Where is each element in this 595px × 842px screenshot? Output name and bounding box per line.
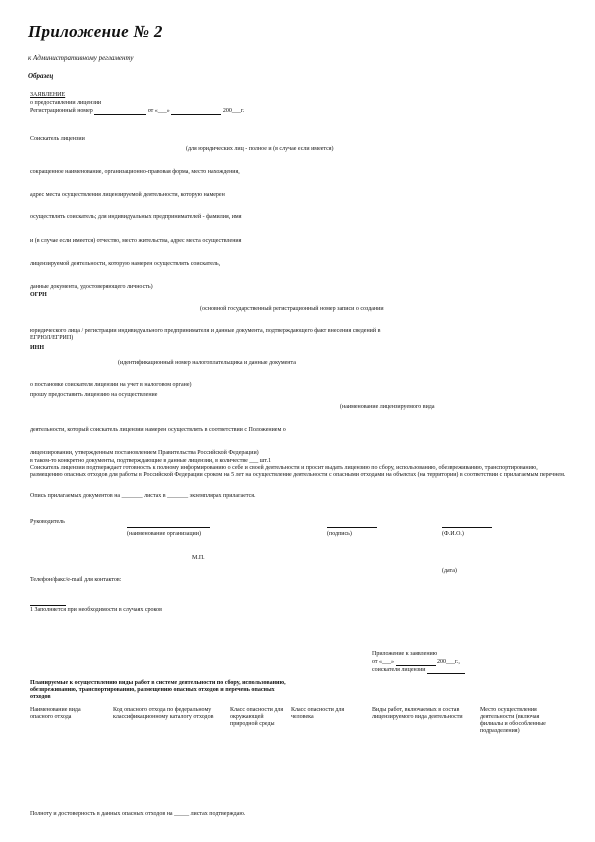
copies-line: Опись прилагаемых документов на _______ … <box>30 493 256 500</box>
sample-label: Образец <box>28 72 53 80</box>
attachment-month-field[interactable] <box>396 659 436 666</box>
full-name-field[interactable] <box>442 527 492 528</box>
declaration-paragraph: Соискатель лицензии подтверждает готовно… <box>30 465 570 479</box>
reg-year: 200___г. <box>223 108 244 114</box>
ogrn-continuation-2: ЕГРЮЛ/ЕГРИП) <box>30 335 73 342</box>
signature-caption: (подпись) <box>327 531 352 538</box>
request-line: лицензировании, утвержденным постановлен… <box>30 450 259 457</box>
signature-field[interactable] <box>327 527 377 528</box>
registration-line: Регистрационный номер от «___» 200___г. <box>30 108 244 115</box>
signature-role: Руководитель <box>30 519 65 526</box>
closing-statement: Полноту и достоверность в данных опасных… <box>30 811 245 818</box>
request-line: прошу предоставить лицензию на осуществл… <box>30 392 157 399</box>
table-header-work-types: Виды работ, включаемых в состав лицензир… <box>372 707 476 721</box>
table-header-env-class: Класс опасности для окружающей природной… <box>230 707 288 728</box>
reg-date-prefix: от «___» <box>148 108 170 114</box>
attachment-note-date: от «___» 200___г., <box>372 659 460 666</box>
table-header-waste-name: Наименование вида опасного отхода <box>30 707 105 721</box>
attachments-line: в таком-то конкретно документы, подтверж… <box>30 458 271 465</box>
body-line: адрес места осуществления лицензируемой … <box>30 192 225 199</box>
attachment-date-prefix: от «___» <box>372 659 394 665</box>
body-line: данные документа, удостоверяющего личнос… <box>30 284 153 291</box>
applicant-name-field[interactable] <box>427 667 465 674</box>
inn-continuation: о постановке соискателя лицензии на учет… <box>30 382 192 389</box>
reg-number-label: Регистрационный номер <box>30 108 93 114</box>
table-header-waste-code: Код опасного отхода по федеральному клас… <box>113 707 223 721</box>
body-line: и (в случае если имеется) отчество, мест… <box>30 238 241 245</box>
attachment-applicant-label: соискателя лицензии <box>372 667 426 673</box>
ogrn-continuation: юридического лица / регистрации индивиду… <box>30 328 380 335</box>
table-header-human-class: Класс опасности для человека <box>291 707 351 721</box>
table-intro: Планируемые к осуществлению виды работ в… <box>30 680 292 701</box>
inn-label: ИНН <box>30 345 44 352</box>
attachment-note-applicant: соискателя лицензии <box>372 667 465 674</box>
applicant-caption: (для юридических лиц - полное и (в случа… <box>186 146 334 153</box>
inn-caption: (идентификационный номер налогоплательщи… <box>118 360 296 367</box>
reg-month-field[interactable] <box>171 108 221 115</box>
org-name-field[interactable] <box>127 527 210 528</box>
reg-number-field[interactable] <box>94 108 146 115</box>
body-line: осуществлять соискатель; для индивидуаль… <box>30 214 241 221</box>
ogrn-label: ОГРН <box>30 292 47 299</box>
applicant-label: Соискатель лицензии <box>30 136 85 143</box>
application-subheading: о предоставлении лицензии <box>30 100 101 107</box>
regulation-reference: к Административному регламенту <box>28 54 134 62</box>
table-header-location: Место осуществления деятельности (включа… <box>480 707 562 735</box>
footnote: 1 Заполняется при необходимости в случая… <box>30 607 162 614</box>
full-name-caption: (Ф.И.О.) <box>442 531 464 538</box>
attachment-note-title: Приложение к заявлению <box>372 651 437 658</box>
date-caption: (дата) <box>442 568 457 575</box>
attachment-year: 200___г., <box>437 659 460 665</box>
body-line: лицензируемой деятельности, которую наме… <box>30 261 220 268</box>
ogrn-caption: (основной государственный регистрационны… <box>200 306 384 313</box>
contact-label: Телефон/факс/e-mail для контактов: <box>30 577 121 584</box>
request-line: деятельности, который соискатель лицензи… <box>30 427 286 434</box>
org-caption: (наименование организации) <box>127 531 201 538</box>
activity-caption: (наименование лицензируемого вида <box>340 404 435 411</box>
stamp-label: М.П. <box>192 555 205 562</box>
footnote-divider <box>30 605 66 606</box>
application-heading: ЗАЯВЛЕНИЕ <box>30 92 65 99</box>
body-line: сокращенное наименование, организационно… <box>30 169 240 176</box>
page-title: Приложение № 2 <box>28 22 163 42</box>
